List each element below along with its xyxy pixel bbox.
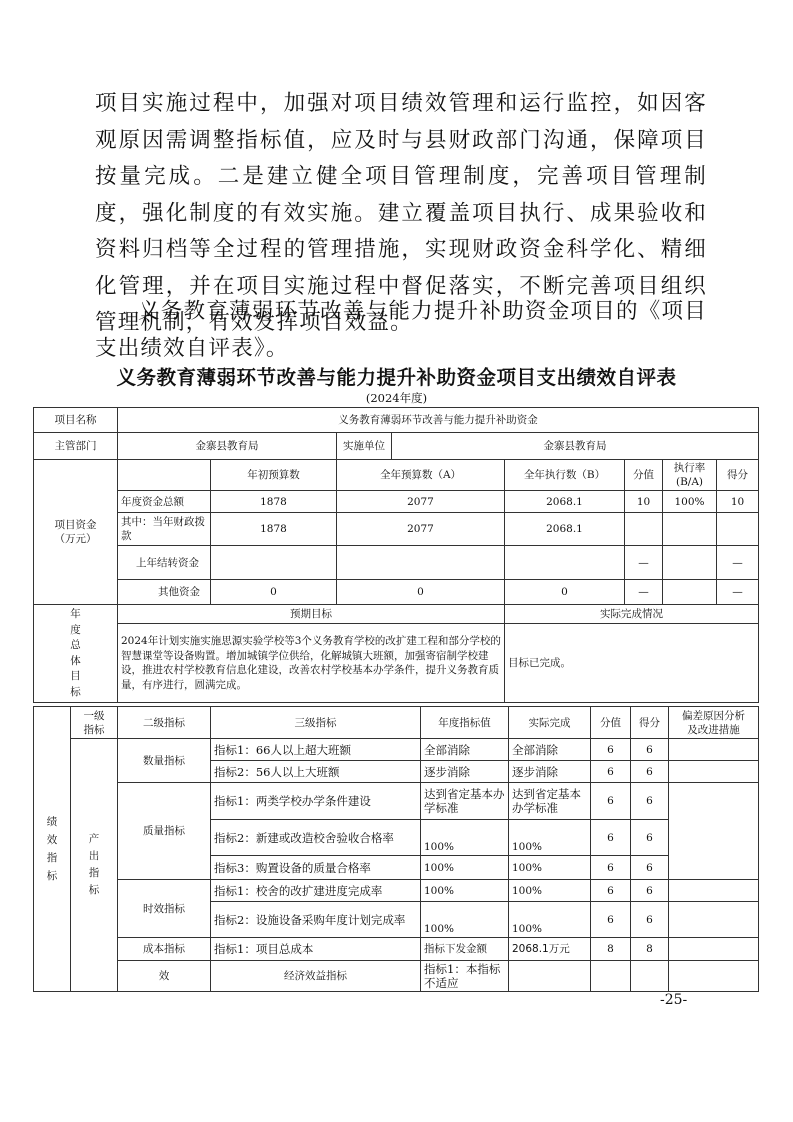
score: 6	[631, 902, 669, 938]
actual-value: 逐步消除	[509, 761, 591, 783]
funds-score: 10	[717, 491, 759, 513]
deviation	[669, 761, 759, 783]
level2-economic: 经济效益指标	[211, 961, 421, 992]
funds-annual	[337, 546, 505, 580]
score-value: 6	[591, 761, 631, 783]
target-value: 达到省定基本办学标准	[421, 783, 509, 820]
funds-row: 其他资金 0 0 0 — —	[34, 580, 759, 605]
score-value: 6	[591, 820, 631, 856]
funds-annual: 0	[337, 580, 505, 605]
level3-text: 指标2：设施设备采购年度计划完成率	[211, 902, 421, 938]
target-value: 指标下发金额	[421, 938, 509, 961]
funds-rate	[663, 580, 717, 605]
actual-value: 100%	[509, 880, 591, 902]
level3-text: 指标1：本指标不适应	[421, 961, 509, 992]
funds-header-score: 得分	[717, 460, 759, 491]
funds-initial	[211, 546, 337, 580]
score-value: 6	[591, 783, 631, 820]
goals-section-label: 年度总体目标	[34, 605, 118, 703]
funds-row: 其中：当年财政拨款 1878 2077 2068.1	[34, 513, 759, 546]
header-level2: 二级指标	[118, 707, 211, 739]
level3-text: 指标1：项目总成本	[211, 938, 421, 961]
deviation	[669, 739, 759, 761]
funds-initial: 1878	[211, 513, 337, 546]
funds-header-rate: 执行率(B/A)	[663, 460, 717, 491]
level3-text: 指标3：购置设备的质量合格率	[211, 856, 421, 880]
funds-rate: 100%	[663, 491, 717, 513]
funds-score	[717, 513, 759, 546]
level3-text: 指标1：两类学校办学条件建设	[211, 783, 421, 820]
funds-score-value	[625, 513, 663, 546]
score-value	[631, 961, 669, 992]
goals-section-text: 年度总体目标	[69, 607, 83, 700]
score: 6	[631, 783, 669, 820]
funds-rate	[663, 513, 717, 546]
score: 6	[631, 820, 669, 856]
deviation	[669, 880, 759, 902]
actual-value: 达到省定基本办学标准	[509, 783, 591, 820]
score-value: 6	[591, 856, 631, 880]
indicator-row: 质量指标 指标1：两类学校办学条件建设 达到省定基本办学标准 达到省定基本办学标…	[34, 783, 759, 820]
level3-text: 指标1：校舍的改扩建进度完成率	[211, 880, 421, 902]
header-score: 得分	[631, 707, 669, 739]
funds-header-initial: 年初预算数	[211, 460, 337, 491]
dept-value: 金寨县教育局	[118, 433, 337, 460]
header-target: 年度指标值	[421, 707, 509, 739]
funds-score: —	[717, 580, 759, 605]
target-value: 逐步消除	[421, 761, 509, 783]
funds-score-value: —	[625, 546, 663, 580]
indicator-row: 成本指标 指标1：项目总成本 指标下发金额 2068.1万元 8 8	[34, 938, 759, 961]
header-level1-text: 一级指标	[81, 709, 107, 737]
funds-executed: 0	[505, 580, 625, 605]
level2-cost: 成本指标	[118, 938, 211, 961]
funds-header-annual: 全年预算数（A）	[337, 460, 505, 491]
header-level1: 一级指标	[71, 707, 118, 739]
funds-row: 年度资金总额 1878 2077 2068.1 10 100% 10	[34, 491, 759, 513]
funds-row-label: 其他资金	[118, 580, 211, 605]
actual-value: 100%	[509, 820, 591, 856]
actual-value: 全部消除	[509, 739, 591, 761]
funds-score: —	[717, 546, 759, 580]
funds-section-label: 项目资金（万元）	[34, 460, 118, 605]
funds-score-value: 10	[625, 491, 663, 513]
target-value: 全部消除	[421, 739, 509, 761]
funds-initial: 0	[211, 580, 337, 605]
funds-rate	[663, 546, 717, 580]
level3-text: 指标2：新建或改造校舍验收合格率	[211, 820, 421, 856]
funds-score-value: —	[625, 580, 663, 605]
funds-executed: 2068.1	[505, 513, 625, 546]
actual-value: 100%	[509, 856, 591, 880]
funds-row-label: 其中：当年财政拨款	[118, 513, 211, 546]
indicators-table: 绩效指标 一级指标 二级指标 三级指标 年度指标值 实际完成 分值 得分 偏差原…	[33, 706, 759, 992]
level2-quantity: 数量指标	[118, 739, 211, 783]
level3-text: 指标1：66人以上超大班额	[211, 739, 421, 761]
deviation	[669, 902, 759, 938]
header-level3: 三级指标	[211, 707, 421, 739]
goals-expected-header: 预期目标	[118, 605, 505, 624]
header-actual: 实际完成	[509, 707, 591, 739]
deviation	[669, 783, 759, 880]
table-title: 义务教育薄弱环节改善与能力提升补助资金项目支出绩效自评表	[0, 362, 793, 390]
level1-output: 产出指标	[71, 739, 118, 992]
level2-quality: 质量指标	[118, 783, 211, 880]
dept-label: 主管部门	[34, 433, 118, 460]
score: 6	[631, 856, 669, 880]
page-number: -25-	[660, 992, 687, 1008]
project-name-value: 义务教育薄弱环节改善与能力提升补助资金	[118, 408, 759, 433]
actual-value: 100%	[509, 902, 591, 938]
project-name-label: 项目名称	[34, 408, 118, 433]
indicator-row: 效 经济效益指标 指标1：本指标不适应	[34, 961, 759, 992]
score-value: 6	[591, 902, 631, 938]
score: 6	[631, 880, 669, 902]
funds-header-score-value: 分值	[625, 460, 663, 491]
target-value: 100%	[421, 820, 509, 856]
impl-label: 实施单位	[337, 433, 392, 460]
indicators-section-label: 绩效指标	[34, 707, 71, 992]
target-value: 100%	[421, 880, 509, 902]
actual-value	[591, 961, 631, 992]
funds-row-label: 上年结转资金	[118, 546, 211, 580]
actual-value: 2068.1万元	[509, 938, 591, 961]
funds-annual: 2077	[337, 513, 505, 546]
level2-timeliness: 时效指标	[118, 880, 211, 938]
table-subtitle: (2024年度)	[0, 390, 793, 406]
header-deviation-text: 偏差原因分析及改进措施	[679, 709, 749, 737]
target-value: 100%	[421, 902, 509, 938]
funds-row-label: 年度资金总额	[118, 491, 211, 513]
header-deviation: 偏差原因分析及改进措施	[669, 707, 759, 739]
level1-output-text: 产出指标	[87, 831, 101, 899]
deviation	[669, 938, 759, 961]
funds-row: 上年结转资金 — —	[34, 546, 759, 580]
score-value: 8	[591, 938, 631, 961]
score: 6	[631, 761, 669, 783]
funds-executed	[505, 546, 625, 580]
score: 6	[631, 739, 669, 761]
goals-actual-text: 目标已完成。	[505, 624, 759, 703]
funds-executed: 2068.1	[505, 491, 625, 513]
funds-section-text: 项目资金（万元）	[46, 518, 106, 546]
funds-table: 项目名称 义务教育薄弱环节改善与能力提升补助资金 主管部门 金寨县教育局 实施单…	[33, 407, 759, 703]
goals-expected-text: 2024年计划实施实施思源实验学校等3个义务教育学校的改扩建工程和部分学校的智慧…	[118, 624, 505, 703]
indicator-row: 时效指标 指标1：校舍的改扩建进度完成率 100% 100% 6 6	[34, 880, 759, 902]
intro-paragraph-2: 义务教育薄弱环节改善与能力提升补助资金项目的《项目支出绩效自评表》。	[95, 294, 707, 367]
goals-actual-header: 实际完成情况	[505, 605, 759, 624]
level1-effect: 效	[118, 961, 211, 992]
target-value	[509, 961, 591, 992]
header-value: 分值	[591, 707, 631, 739]
funds-initial: 1878	[211, 491, 337, 513]
score-value: 6	[591, 739, 631, 761]
target-value: 100%	[421, 856, 509, 880]
funds-header-blank	[118, 460, 211, 491]
score-value: 6	[591, 880, 631, 902]
funds-annual: 2077	[337, 491, 505, 513]
indicators-section-text: 绩效指标	[45, 813, 59, 885]
impl-value: 金寨县教育局	[392, 433, 759, 460]
indicator-row: 产出指标 数量指标 指标1：66人以上超大班额 全部消除 全部消除 6 6	[34, 739, 759, 761]
funds-header-executed: 全年执行数（B）	[505, 460, 625, 491]
level3-text: 指标2：56人以上大班额	[211, 761, 421, 783]
score	[669, 961, 759, 992]
score: 8	[631, 938, 669, 961]
